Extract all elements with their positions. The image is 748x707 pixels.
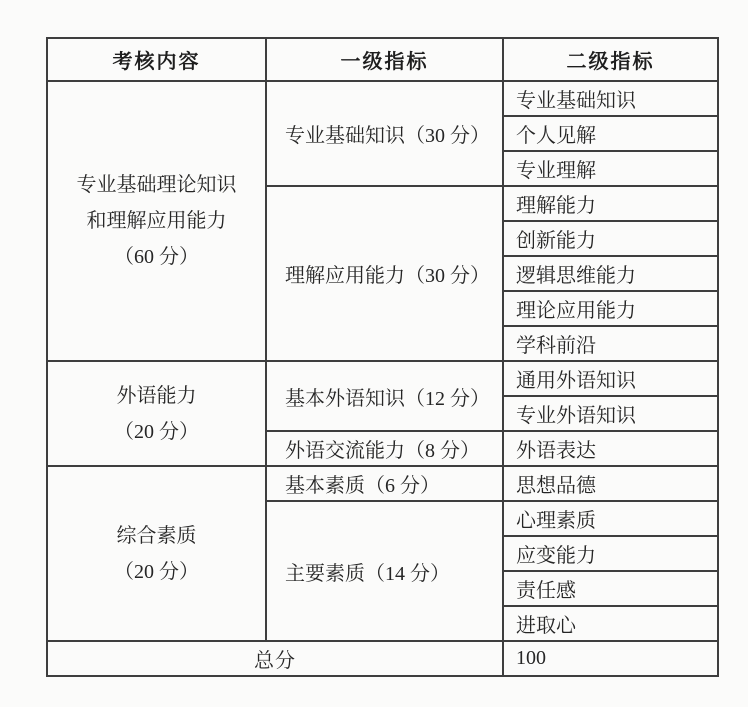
section-cell-comprehensive-quality: 综合素质 （20 分） — [47, 466, 266, 641]
header-assessment-content: 考核内容 — [47, 38, 266, 81]
level2-cell-professional-understanding: 专业理解 — [503, 151, 718, 186]
table-footer-row: 总分 100 — [47, 641, 718, 676]
table-row: 综合素质 （20 分） 基本素质（6 分） 思想品德 — [47, 466, 718, 501]
level2-cell-personal-insight: 个人见解 — [503, 116, 718, 151]
level1-cell-foreign-language-communication: 外语交流能力（8 分） — [266, 431, 503, 466]
level1-cell-basic-foreign-language: 基本外语知识（12 分） — [266, 361, 503, 431]
level1-cell-main-quality: 主要素质（14 分） — [266, 501, 503, 641]
level2-cell-logical-thinking: 逻辑思维能力 — [503, 256, 718, 291]
header-level1-indicator: 一级指标 — [266, 38, 503, 81]
total-score-label-cell: 总分 — [47, 641, 503, 676]
level2-cell-theory-application: 理论应用能力 — [503, 291, 718, 326]
assessment-criteria-table: 考核内容 一级指标 二级指标 专业基础理论知识 和理解应用能力 （60 分） 专… — [46, 37, 719, 677]
level2-cell-professional-foreign-language: 专业外语知识 — [503, 396, 718, 431]
level1-cell-basic-quality: 基本素质（6 分） — [266, 466, 503, 501]
level2-cell-innovation: 创新能力 — [503, 221, 718, 256]
level2-cell-professional-basic-knowledge: 专业基础知识 — [503, 81, 718, 116]
total-score-value-cell: 100 — [503, 641, 718, 676]
level1-cell-professional-basic-knowledge: 专业基础知识（30 分） — [266, 81, 503, 186]
level2-cell-adaptability: 应变能力 — [503, 536, 718, 571]
level2-cell-comprehension: 理解能力 — [503, 186, 718, 221]
table-header-row: 考核内容 一级指标 二级指标 — [47, 38, 718, 81]
level2-cell-responsibility: 责任感 — [503, 571, 718, 606]
level2-cell-psychological-quality: 心理素质 — [503, 501, 718, 536]
level2-cell-foreign-language-expression: 外语表达 — [503, 431, 718, 466]
header-level2-indicator: 二级指标 — [503, 38, 718, 81]
level2-cell-general-foreign-language: 通用外语知识 — [503, 361, 718, 396]
level2-cell-enterprise: 进取心 — [503, 606, 718, 641]
table-row: 外语能力 （20 分） 基本外语知识（12 分） 通用外语知识 — [47, 361, 718, 396]
level2-cell-ideology-morality: 思想品德 — [503, 466, 718, 501]
section-cell-professional-theory: 专业基础理论知识 和理解应用能力 （60 分） — [47, 81, 266, 361]
level2-cell-discipline-frontier: 学科前沿 — [503, 326, 718, 361]
table-row: 专业基础理论知识 和理解应用能力 （60 分） 专业基础知识（30 分） 专业基… — [47, 81, 718, 116]
level1-cell-comprehension-application: 理解应用能力（30 分） — [266, 186, 503, 361]
section-cell-foreign-language: 外语能力 （20 分） — [47, 361, 266, 466]
